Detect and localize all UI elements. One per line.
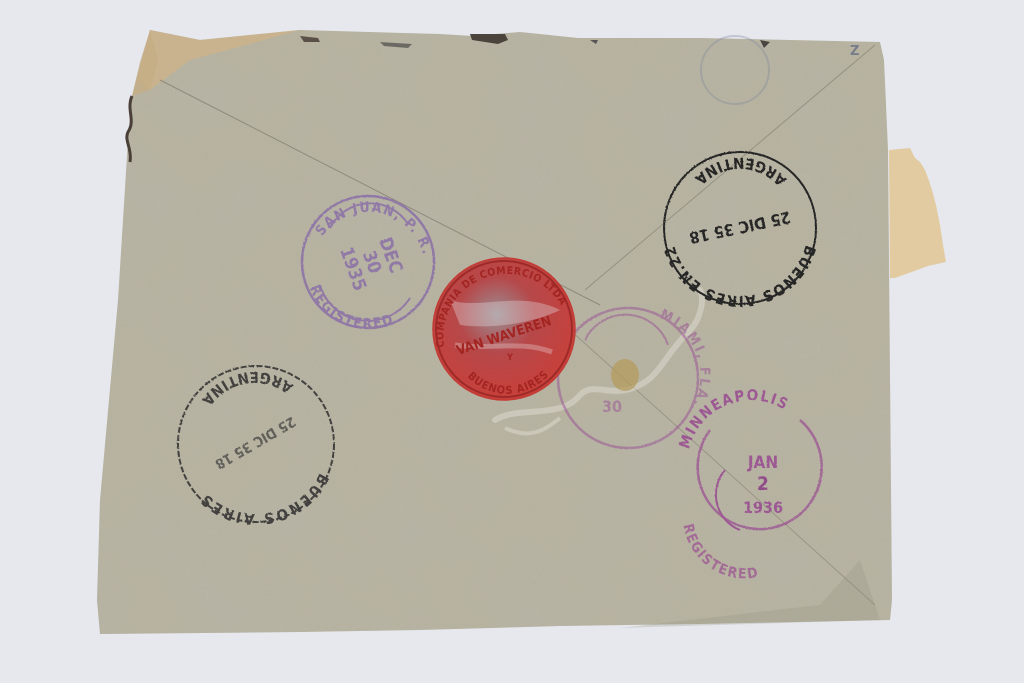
svg-text:Z: Z — [850, 44, 859, 59]
svg-text:2: 2 — [757, 473, 769, 495]
tape-fragment — [889, 148, 946, 278]
envelope-photo: Z BUENOS AIRES EN.22 ARGENTINA 25 DIC 35… — [0, 0, 1024, 683]
svg-text:1936: 1936 — [743, 498, 783, 517]
company-seal: COMPANIA DE COMERCIO LTDA VAN WAVEREN Y … — [433, 258, 575, 400]
svg-text:JAN: JAN — [747, 453, 778, 473]
svg-text:Y: Y — [506, 353, 513, 363]
svg-text:30: 30 — [602, 397, 622, 416]
